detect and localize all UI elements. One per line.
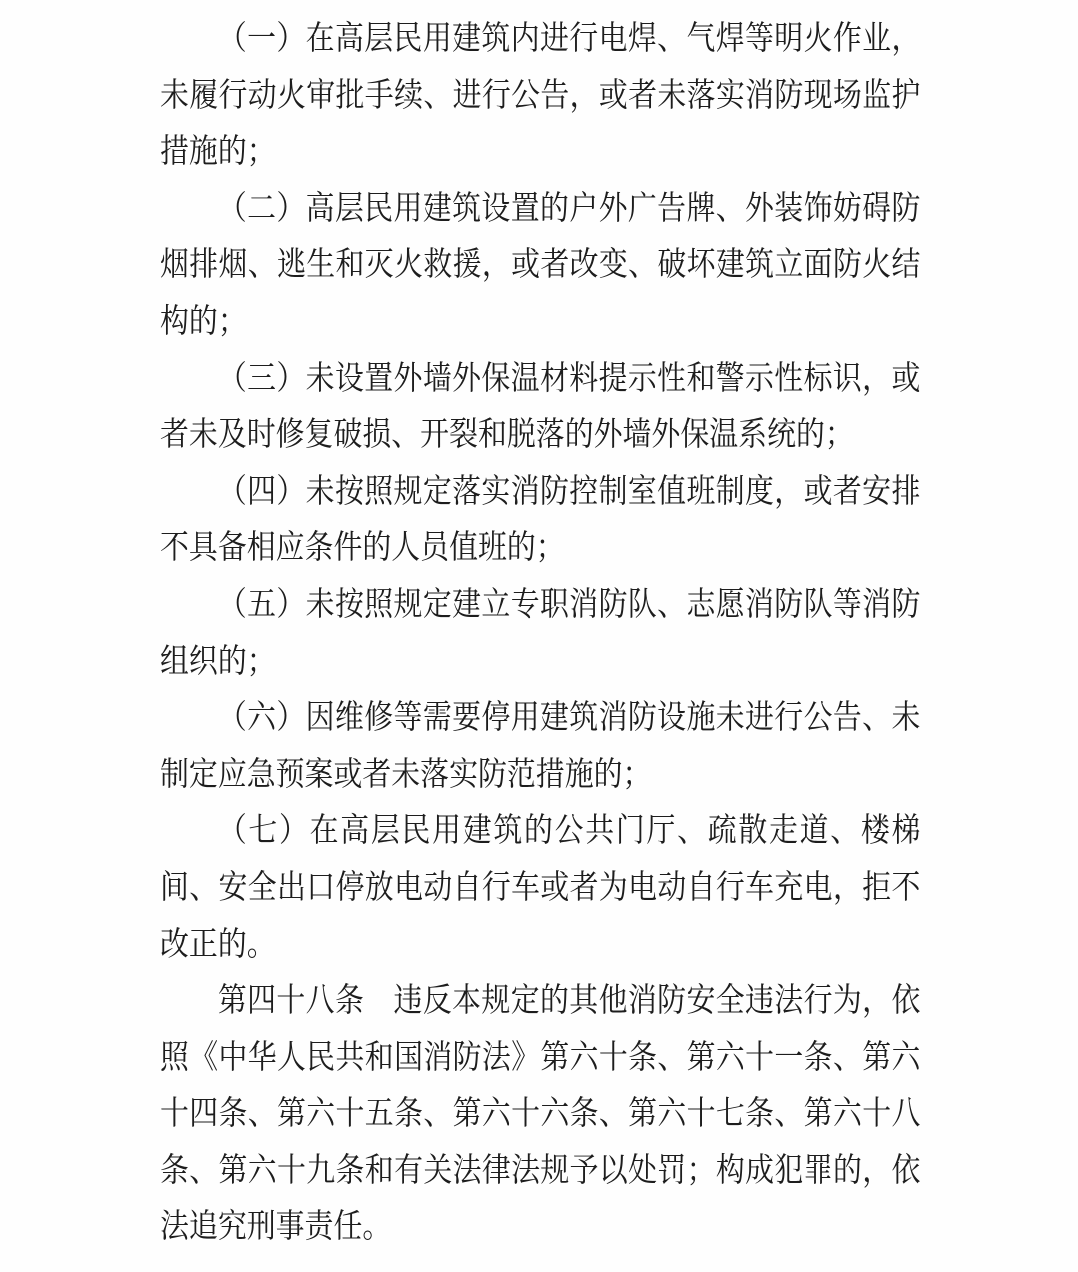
- document-page: （一）在高层民用建筑内进行电焊、气焊等明火作业，未履行动火审批手续、进行公告，或…: [0, 0, 1078, 1272]
- article-48-paragraph: 第四十八条 违反本规定的其他消防安全违法行为，依照《中华人民共和国消防法》第六十…: [160, 972, 920, 1255]
- clause-item-4: （四）未按照规定落实消防控制室值班制度，或者安排不具备相应条件的人员值班的；: [160, 463, 920, 576]
- clause-item-2: （二）高层民用建筑设置的户外广告牌、外装饰妨碍防烟排烟、逃生和灭火救援，或者改变…: [160, 180, 920, 350]
- clause-item-3: （三）未设置外墙外保温材料提示性和警示性标识，或者未及时修复破损、开裂和脱落的外…: [160, 350, 920, 463]
- regulation-text-body: （一）在高层民用建筑内进行电焊、气焊等明火作业，未履行动火审批手续、进行公告，或…: [160, 10, 920, 1255]
- clause-item-5: （五）未按照规定建立专职消防队、志愿消防队等消防组织的；: [160, 576, 920, 689]
- clause-item-1: （一）在高层民用建筑内进行电焊、气焊等明火作业，未履行动火审批手续、进行公告，或…: [160, 10, 920, 180]
- clause-item-7: （七）在高层民用建筑的公共门厅、疏散走道、楼梯间、安全出口停放电动自行车或者为电…: [160, 802, 920, 972]
- clause-item-6: （六）因维修等需要停用建筑消防设施未进行公告、未制定应急预案或者未落实防范措施的…: [160, 689, 920, 802]
